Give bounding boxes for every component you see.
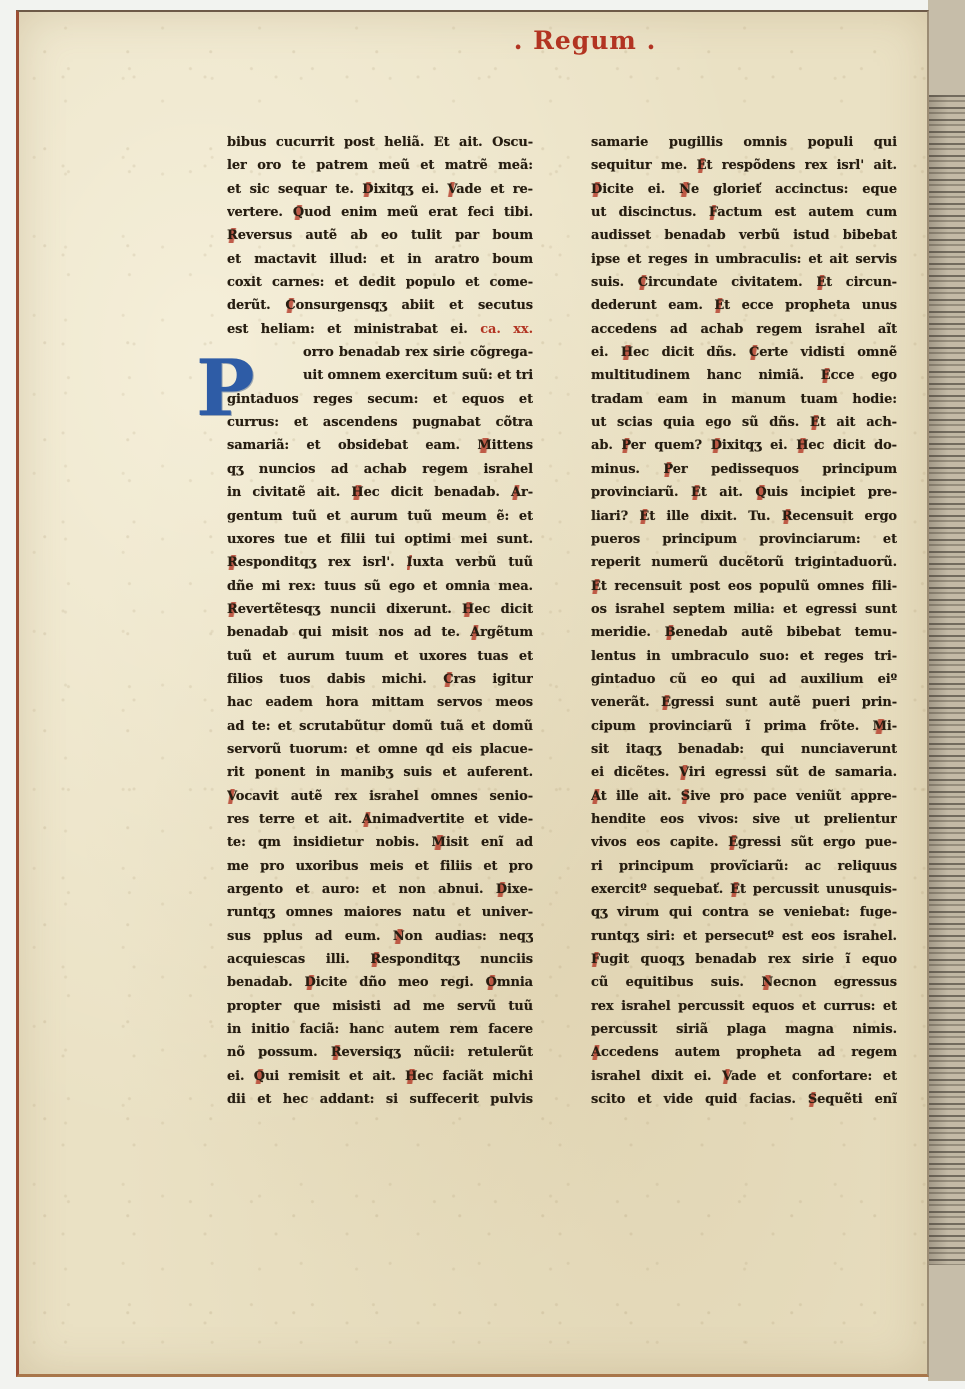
text-line: Vocavit autẽ rex israhel omnes senio- (227, 785, 533, 808)
text-line: sus pplus ad eum. Non audias: neqʒ (227, 925, 533, 948)
text-line: nõ possum. Reversiqʒ nũcii: retulerũt (227, 1041, 533, 1064)
text-line: rit ponent in manibʒ suis et auferent. (227, 761, 533, 784)
text-column-right: samarie pugillis omnis populi quisequitu… (591, 131, 897, 1111)
text-line: bibus cucurrit post heliã. Et ait. Oscu- (227, 131, 533, 154)
text-line: servorũ tuorum: et omne qd eis placue- (227, 738, 533, 761)
text-line: res terre et ait. Animadvertite et vide- (227, 808, 533, 831)
page-stack-texture (928, 95, 965, 1265)
text-line: ab. Per quem? Dixitqʒ ei. Hec dicit do- (591, 434, 897, 457)
text-line: tradam eam in manum tuam hodie: (591, 388, 897, 411)
text-line: samarie pugillis omnis populi qui (591, 131, 897, 154)
text-line: te: qm insidietur nobis. Misit enĩ ad (227, 831, 533, 854)
text-line: est heliam: et ministrabat ei. ca. xx. (227, 318, 533, 341)
text-line: Revertẽtesqʒ nuncii dixerunt. Hec dicit (227, 598, 533, 621)
text-line: dii et hec addant: si suffecerit pulvis (227, 1088, 533, 1111)
text-line: qʒ nuncios ad achab regem israhel (227, 458, 533, 481)
text-line: Et recensuit post eos populũ omnes fili- (591, 575, 897, 598)
text-line: uxores tue et filii tui optimi mei sunt. (227, 528, 533, 551)
text-line: derũt. Consurgensqʒ abiit et secutus (227, 294, 533, 317)
text-line: vertere. Quod enim meũ erat feci tibi. (227, 201, 533, 224)
text-line: suis. Circundate civitatem. Et circun- (591, 271, 897, 294)
photo-background: . Regum . P bibus cucurrit post heliã. E… (0, 0, 965, 1389)
text-line: audisset benadab verbũ istud bibebat (591, 224, 897, 247)
text-line: orro benadab rex sirie cõgrega- (227, 341, 533, 364)
text-line: cipum provinciarũ ĩ prima frõte. Mi- (591, 715, 897, 738)
running-title: . Regum . (505, 26, 665, 55)
text-line: uit omnem exercitum suũ: et tri- (227, 364, 533, 387)
text-line: propter que misisti ad me servũ tuũ (227, 995, 533, 1018)
text-line: tuũ et aurum tuum et uxores tuas et (227, 645, 533, 668)
book-fore-edge (928, 0, 965, 1381)
text-line: Dicite ei. Ne glorieť accinctus: eque (591, 178, 897, 201)
text-line: ipse et reges in umbraculis: et ait serv… (591, 248, 897, 271)
text-line: Reversus autẽ ab eo tulit par boum (227, 224, 533, 247)
text-line: minus. Per pedissequos principum (591, 458, 897, 481)
text-column-left: bibus cucurrit post heliã. Et ait. Oscu-… (227, 131, 533, 1111)
text-line: runtqʒ omnes maiores natu et univer- (227, 901, 533, 924)
text-line: scito et vide quid facias. Sequẽti enĩ (591, 1088, 897, 1111)
text-line: accedens ad achab regem israhel aĩt (591, 318, 897, 341)
text-line: gentum tuũ et aurum tuũ meum ẽ: et (227, 505, 533, 528)
text-line: acquiescas illi. Responditqʒ nunciis (227, 948, 533, 971)
text-line: coxit carnes: et dedit populo et come- (227, 271, 533, 294)
text-line: sit itaqʒ benadab: qui nunciaverunt (591, 738, 897, 761)
text-line: in initio faciã: hanc autem rem facere (227, 1018, 533, 1041)
text-line: dñe mi rex: tuus sũ ego et omnia mea. (227, 575, 533, 598)
text-line: gintaduos reges secum: et equos et (227, 388, 533, 411)
text-line: samariã: et obsidebat eam. Mittens (227, 434, 533, 457)
text-line: ut scias quia ego sũ dñs. Et ait ach- (591, 411, 897, 434)
text-line: benadab qui misit nos ad te. Argẽtum (227, 621, 533, 644)
text-line: Fugit quoqʒ benadab rex sirie ĩ equo (591, 948, 897, 971)
text-line: venerãt. Egressi sunt autẽ pueri prin- (591, 691, 897, 714)
text-line: hendite eos vivos: sive ut prelientur (591, 808, 897, 831)
text-line: ei. Hec dicit dñs. Certe vidisti omnẽ (591, 341, 897, 364)
text-line: currus: et ascendens pugnabat cõtra (227, 411, 533, 434)
text-line: ut discinctus. Factum est autem cum (591, 201, 897, 224)
text-line: provinciarũ. Et ait. Quis incipiet pre- (591, 481, 897, 504)
text-line: Accedens autem propheta ad regem (591, 1041, 897, 1064)
text-line: pueros principum provinciarum: et (591, 528, 897, 551)
text-line: runtqʒ siri: et persecutº est eos israhe… (591, 925, 897, 948)
text-line: ei dicẽtes. Viri egressi sũt de samaria. (591, 761, 897, 784)
text-line: reperit numerũ ducẽtorũ trigintaduorũ. (591, 551, 897, 574)
text-line: ler oro te patrem meũ et matrẽ meã: (227, 154, 533, 177)
text-line: sequitur me. Et respõdens rex isrl' ait. (591, 154, 897, 177)
text-line: ri principum provĩciarũ: ac reliquus (591, 855, 897, 878)
text-line: in civitatẽ ait. Hec dicit benadab. Ar- (227, 481, 533, 504)
text-line: liari? Et ille dixit. Tu. Recensuit ergo (591, 505, 897, 528)
text-line: hac eadem hora mittam servos meos (227, 691, 533, 714)
text-line: meridie. Benedab autẽ bibebat temu- (591, 621, 897, 644)
text-line: qʒ virum qui contra se veniebat: fuge- (591, 901, 897, 924)
text-line: et sic sequar te. Dixitqʒ ei. Vade et re… (227, 178, 533, 201)
text-line: me pro uxoribus meis et filiis et pro (227, 855, 533, 878)
text-line: multitudinem hanc nimiã. Ecce ego (591, 364, 897, 387)
text-line: lentus in umbraculo suo: et reges tri- (591, 645, 897, 668)
text-line: gintaduo cũ eo qui ad auxilium eiº (591, 668, 897, 691)
text-line: benadab. Dicite dño meo regi. Omnia (227, 971, 533, 994)
text-line: et mactavit illud: et in aratro boum (227, 248, 533, 271)
text-line: cũ equitibus suis. Necnon egressus (591, 971, 897, 994)
text-line: exercitº sequebať. Et percussit unusquis… (591, 878, 897, 901)
text-line: israhel dixit ei. Vade et confortare: et (591, 1065, 897, 1088)
text-line: filios tuos dabis michi. Cras igitur (227, 668, 533, 691)
text-line: os israhel septem milia: et egressi sunt (591, 598, 897, 621)
text-line: ad te: et scrutabũtur domũ tuã et domũ (227, 715, 533, 738)
text-line: argento et auro: et non abnui. Dixe- (227, 878, 533, 901)
text-line: vivos eos capite. Egressi sũt ergo pue- (591, 831, 897, 854)
text-line: Responditqʒ rex isrl'. Iuxta verbũ tuũ (227, 551, 533, 574)
text-line: dederunt eam. Et ecce propheta unus (591, 294, 897, 317)
text-line: percussit siriã plaga magna nimis. (591, 1018, 897, 1041)
text-line: ei. Qui remisit et ait. Hec faciãt michi (227, 1065, 533, 1088)
text-line: At ille ait. Sive pro pace veniũt appre- (591, 785, 897, 808)
text-line: rex israhel percussit equos et currus: e… (591, 995, 897, 1018)
